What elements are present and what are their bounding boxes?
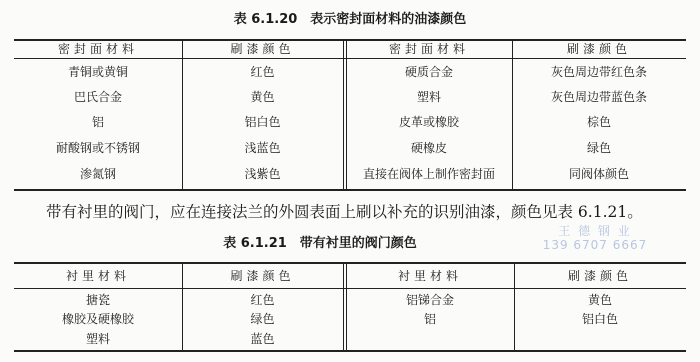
table1-cell: 铝 bbox=[14, 114, 182, 130]
table2-cell: 红色 bbox=[182, 292, 343, 308]
table2-cell: 蓝色 bbox=[182, 331, 343, 347]
table2-header-color-right: 刷漆颜色 bbox=[514, 268, 686, 284]
body-paragraph: 带有衬里的阀门，应在连接法兰的外圆表面上刷以补充的识别油漆，颜色见表 6.1.2… bbox=[46, 200, 643, 222]
table2-top-rule bbox=[14, 262, 686, 264]
table1-cell: 浅紫色 bbox=[182, 166, 343, 182]
table1-bottom-rule bbox=[14, 189, 686, 191]
table2-cell: 黄色 bbox=[514, 292, 686, 308]
table2-cell: 塑料 bbox=[14, 331, 182, 347]
table1-cell: 硬橡皮 bbox=[346, 140, 512, 156]
table2-cell: 铝白色 bbox=[514, 311, 686, 327]
table1-cell: 渗氮钢 bbox=[14, 166, 182, 182]
table1-cell: 青铜或黄铜 bbox=[14, 64, 182, 80]
table1-cell: 巴氏合金 bbox=[14, 89, 182, 105]
table1-cell: 浅蓝色 bbox=[182, 140, 343, 156]
table1-cell: 红色 bbox=[182, 64, 343, 80]
table1-cell: 铝白色 bbox=[182, 114, 343, 130]
table1-cell: 直接在阀体上制作密封面 bbox=[346, 166, 512, 182]
table2-double-divider-a bbox=[343, 263, 344, 351]
table2-cell: 铝 bbox=[346, 311, 514, 327]
table1-title: 表 6.1.20 表示密封面材料的油漆颜色 bbox=[0, 8, 700, 27]
table2-header-material-right: 衬里材料 bbox=[346, 268, 514, 284]
table1-cell: 皮革或橡胶 bbox=[346, 114, 512, 130]
table1-header-rule bbox=[14, 58, 686, 59]
table2-cell: 铝锑合金 bbox=[346, 292, 514, 308]
table1-header-material-left: 密封面材料 bbox=[14, 41, 182, 57]
table1-cell: 黄色 bbox=[182, 89, 343, 105]
table1-cell: 同阀体颜色 bbox=[512, 166, 686, 182]
table1-cell: 绿色 bbox=[512, 140, 686, 156]
table1-header-color-right: 刷漆颜色 bbox=[512, 41, 686, 57]
table1-cell: 棕色 bbox=[512, 114, 686, 130]
table2-cell: 绿色 bbox=[182, 311, 343, 327]
table1-header-color-left: 刷漆颜色 bbox=[182, 41, 343, 57]
table1-cell: 耐酸钢或不锈钢 bbox=[14, 140, 182, 156]
table1-cell: 塑料 bbox=[346, 89, 512, 105]
table2-header-rule bbox=[14, 288, 686, 289]
table1-cell: 硬质合金 bbox=[346, 64, 512, 80]
table1-cell: 灰色周边带红色条 bbox=[512, 64, 686, 80]
table2-header-material-left: 衬里材料 bbox=[14, 268, 182, 284]
table1-header-material-right: 密封面材料 bbox=[346, 41, 512, 57]
table1-cell: 灰色周边带蓝色条 bbox=[512, 89, 686, 105]
table2-title: 表 6.1.21 带有衬里的阀门颜色 bbox=[0, 232, 670, 251]
table2-bottom-rule bbox=[14, 350, 686, 352]
table2-header-color-left: 刷漆颜色 bbox=[182, 268, 343, 284]
table1-double-divider-a bbox=[343, 40, 344, 190]
table2-cell: 橡胶及硬橡胶 bbox=[14, 311, 182, 327]
table2-cell: 搪瓷 bbox=[14, 292, 182, 308]
